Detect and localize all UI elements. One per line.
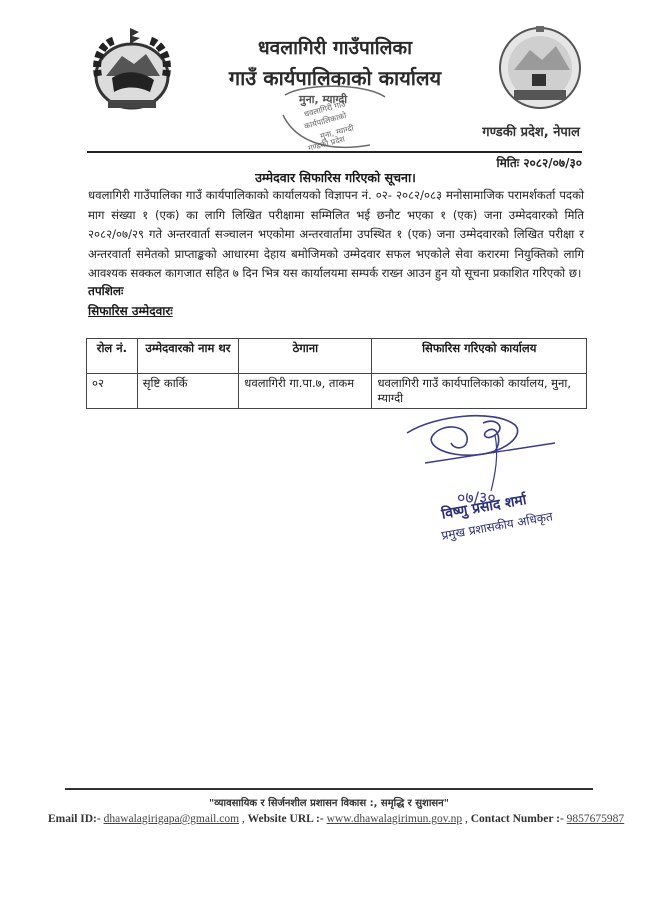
email-link[interactable]: dhawalagirigapa@gmail.com [104,813,239,825]
contact-label: Contact Number :- [471,813,564,825]
table-header-row: रोल नं. उम्मेदवारको नाम थर ठेगाना सिफारि… [87,339,587,374]
col-roll-no: रोल नं. [87,339,138,374]
date-label: मितिः [496,156,519,170]
website-label: Website URL :- [248,813,324,825]
office-stamp: मुना, म्याग्दी धवलागिरी गाउँ कार्यपालिका… [275,85,395,157]
recommended-candidate-heading: सिफारिस उम्मेदवारः [88,302,173,319]
municipality-name: धवलागिरी गाउँपालिका [200,34,470,60]
handwritten-signature: ०७/३० [395,405,575,505]
cell-candidate-name: सृष्टि कार्कि [137,374,239,409]
col-address: ठेगाना [239,339,372,374]
footer-divider [65,788,593,790]
col-candidate-name: उम्मेदवारको नाम थर [137,339,239,374]
municipality-seal-logo [492,20,588,116]
candidate-table: रोल नं. उम्मेदवारको नाम थर ठेगाना सिफारि… [86,338,587,409]
email-label: Email ID:- [48,813,101,825]
table-row: ०२ सृष्टि कार्कि धवलागिरी गा.पा.७, ताकम … [87,374,587,409]
footer-contact-line: Email ID:- dhawalagirigapa@gmail.com , W… [48,813,648,825]
notice-title: उम्मेदवार सिफारिस गरिएको सूचना। [88,169,583,186]
header-divider [87,151,582,153]
province-label: गण्डकी प्रदेश, नेपाल [440,122,580,140]
col-recommended-office: सिफारिस गरिएको कार्यालय [372,339,587,374]
cell-roll-no: ०२ [87,374,138,409]
notice-body: धवलागिरी गाउँपालिका गाउँ कार्यपालिकाको क… [88,186,584,284]
nepal-emblem-logo [84,26,180,118]
footer-motto: "व्यावसायिक र सिर्जनशील प्रशासन विकास :,… [65,795,593,809]
cell-address: धवलागिरी गा.पा.७, ताकम [239,374,372,409]
contact-number[interactable]: 9857675987 [567,813,625,825]
website-link[interactable]: www.dhawalagirimun.gov.np [327,813,463,825]
cell-recommended-office: धवलागिरी गाउँ कार्यपालिकाको कार्यालय, मु… [372,374,587,409]
details-label: तपशिलः [88,282,123,299]
date-value: २०८२/०७/३० [523,156,582,170]
